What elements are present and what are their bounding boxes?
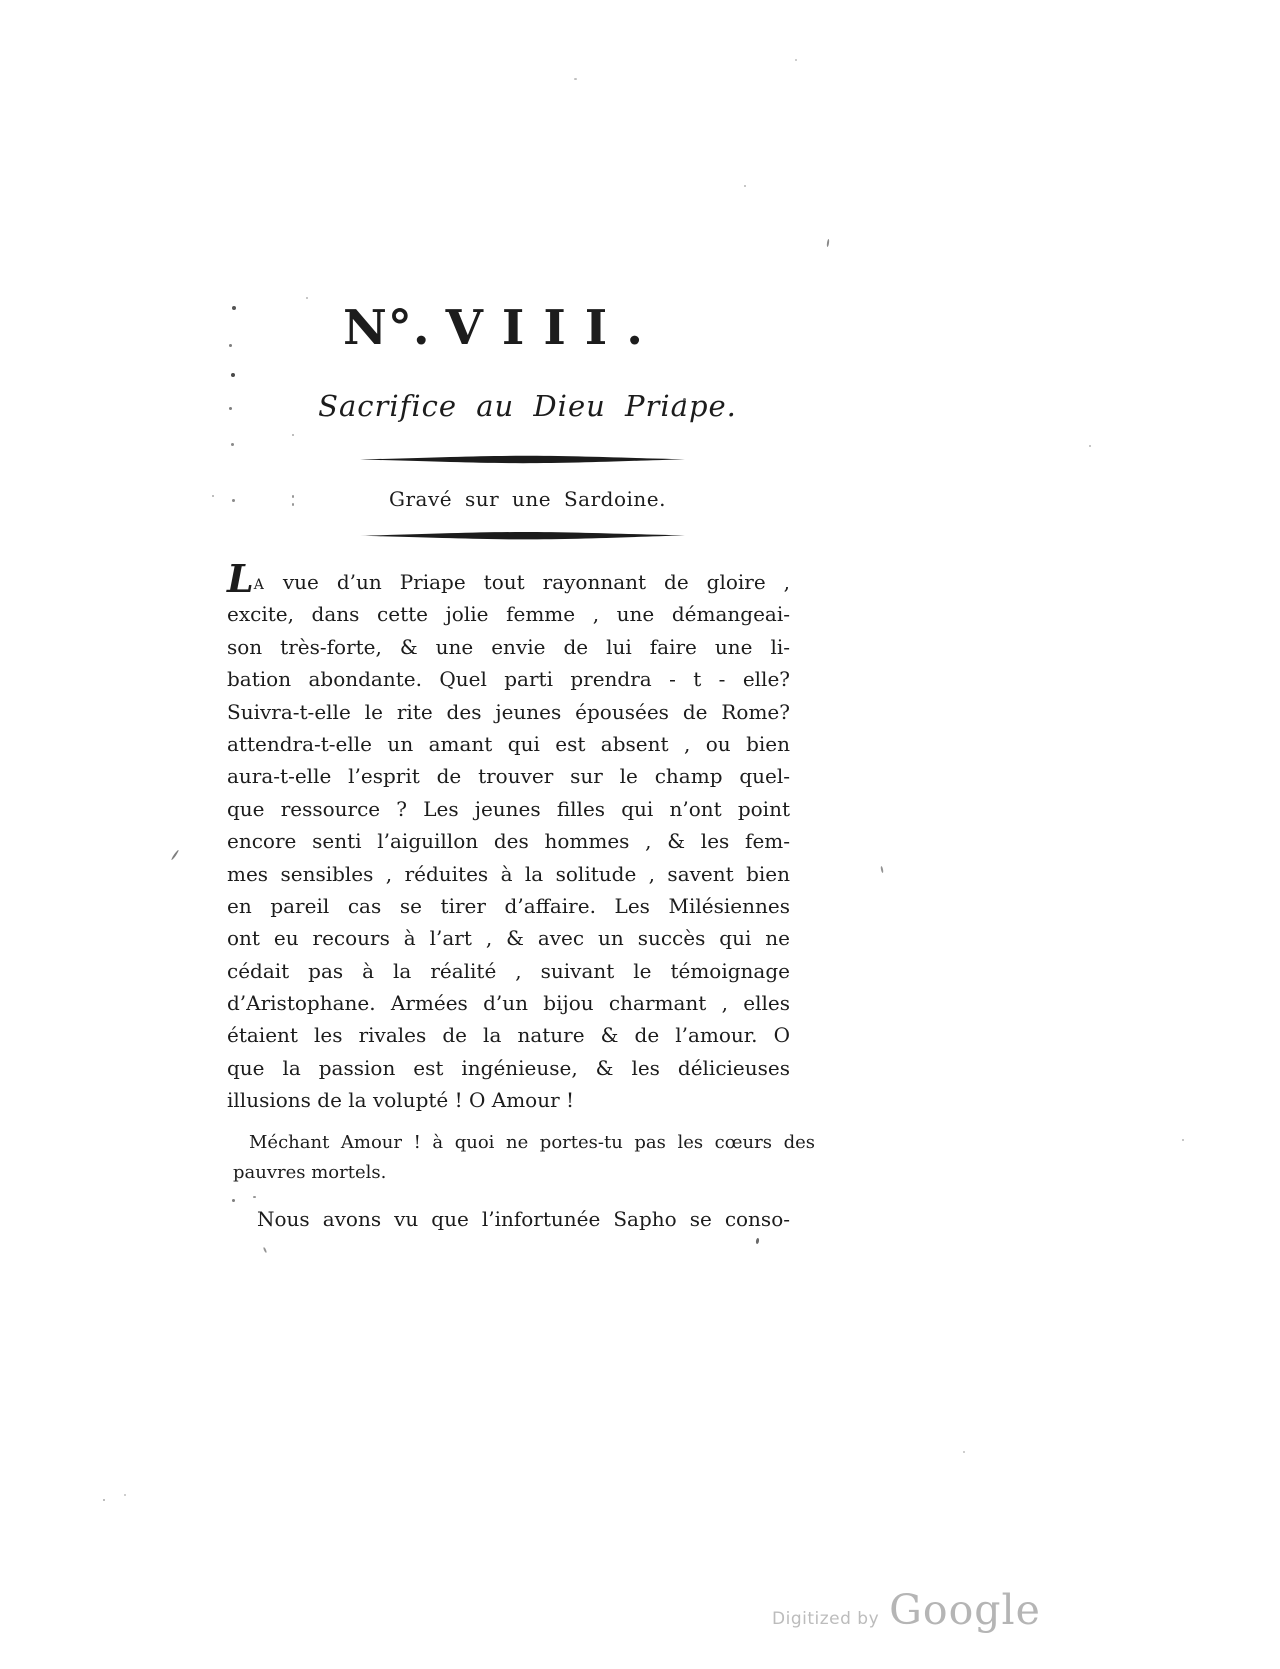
verse-quote: Méchant Amour ! à quoi ne portes-tu pas … — [233, 1128, 815, 1188]
body-line: encore senti l’aiguillon des hommes , & … — [227, 825, 790, 857]
quote-line: pauvres mortels. — [233, 1158, 815, 1188]
swelled-rule-top — [360, 455, 685, 464]
scan-speck — [232, 306, 236, 310]
heading-numeral: VIII. — [446, 300, 662, 356]
engraving-caption: Gravé sur une Sardoine. — [240, 485, 815, 513]
body-line: que la passion est ingénieuse, & les dél… — [227, 1052, 790, 1084]
body-line: son très-forte, & une envie de lui faire… — [227, 631, 790, 663]
scan-speck — [253, 1196, 256, 1198]
body-line: illusions de la volupté ! O Amour ! — [227, 1084, 790, 1116]
page: N°.VIII. Sacrifice au Dieu Priape. Gravé… — [0, 0, 1280, 1669]
body-line: d’Aristophane. Armées d’un bijou charman… — [227, 987, 790, 1019]
scan-speck — [232, 499, 235, 502]
body-line: ont eu recours à l’art , & avec un succè… — [227, 922, 790, 954]
google-logo: Google — [889, 1586, 1041, 1634]
scan-speck — [231, 443, 234, 446]
quote-line: Méchant Amour ! à quoi ne portes-tu pas … — [233, 1128, 815, 1158]
scan-speck — [880, 866, 883, 873]
scan-speck — [232, 1199, 235, 1202]
scan-speck — [171, 850, 180, 861]
digitized-by-label: Digitized by — [772, 1609, 879, 1629]
body-paragraph: LA vue d’un Priape tout rayonnant de glo… — [227, 566, 790, 1117]
scan-speck — [263, 1247, 267, 1253]
scan-speck — [574, 78, 577, 80]
body-line: LA vue d’un Priape tout rayonnant de glo… — [227, 566, 790, 598]
scan-speck — [1089, 445, 1091, 447]
scan-speck — [229, 407, 232, 410]
scan-speck — [292, 495, 294, 498]
plate-subtitle: Sacrifice au Dieu Priape. — [240, 390, 815, 422]
chapter-heading: N°.VIII. — [215, 306, 790, 350]
scan-speck — [292, 503, 294, 506]
body-line: bation abondante. Quel parti prendra - t… — [227, 663, 790, 695]
scan-speck — [795, 59, 797, 61]
body-line: Suivra-t-elle le rite des jeunes épousée… — [227, 696, 790, 728]
body-line: que ressource ? Les jeunes filles qui n’… — [227, 793, 790, 825]
scan-speck — [683, 398, 686, 401]
scan-speck — [826, 239, 829, 247]
body-line: cédait pas à la réalité , suivant le tém… — [227, 955, 790, 987]
closing-line: Nous avons vu que l’infortunée Sapho se … — [227, 1203, 790, 1235]
scan-speck — [306, 297, 308, 299]
scan-speck — [756, 1238, 760, 1244]
body-line: mes sensibles , réduites à la solitude ,… — [227, 858, 790, 890]
scan-speck — [1182, 1139, 1184, 1141]
scan-speck — [231, 373, 235, 377]
heading-prefix: N°. — [343, 300, 431, 356]
scan-speck — [744, 185, 746, 187]
smallcap-letter: A — [254, 577, 265, 593]
scan-speck — [103, 1499, 105, 1501]
body-line: attendra-t-elle un amant qui est absent … — [227, 728, 790, 760]
scan-speck — [292, 434, 294, 436]
body-line-text: vue d’un Priape tout rayonnant de gloire… — [283, 570, 790, 594]
watermark: Digitized by Google — [772, 1586, 1041, 1634]
scan-speck — [963, 1451, 965, 1453]
body-line: excite, dans cette jolie femme , une dém… — [227, 598, 790, 630]
scan-speck — [124, 1494, 126, 1496]
body-line: en pareil cas se tirer d’affaire. Les Mi… — [227, 890, 790, 922]
swelled-rule-bottom — [360, 531, 685, 540]
body-line: étaient les rivales de la nature & de l’… — [227, 1019, 790, 1051]
scan-speck — [212, 495, 214, 497]
scan-speck — [229, 344, 232, 347]
body-line: aura-t-elle l’esprit de trouver sur le c… — [227, 760, 790, 792]
dropcap-initial: L — [227, 556, 254, 601]
